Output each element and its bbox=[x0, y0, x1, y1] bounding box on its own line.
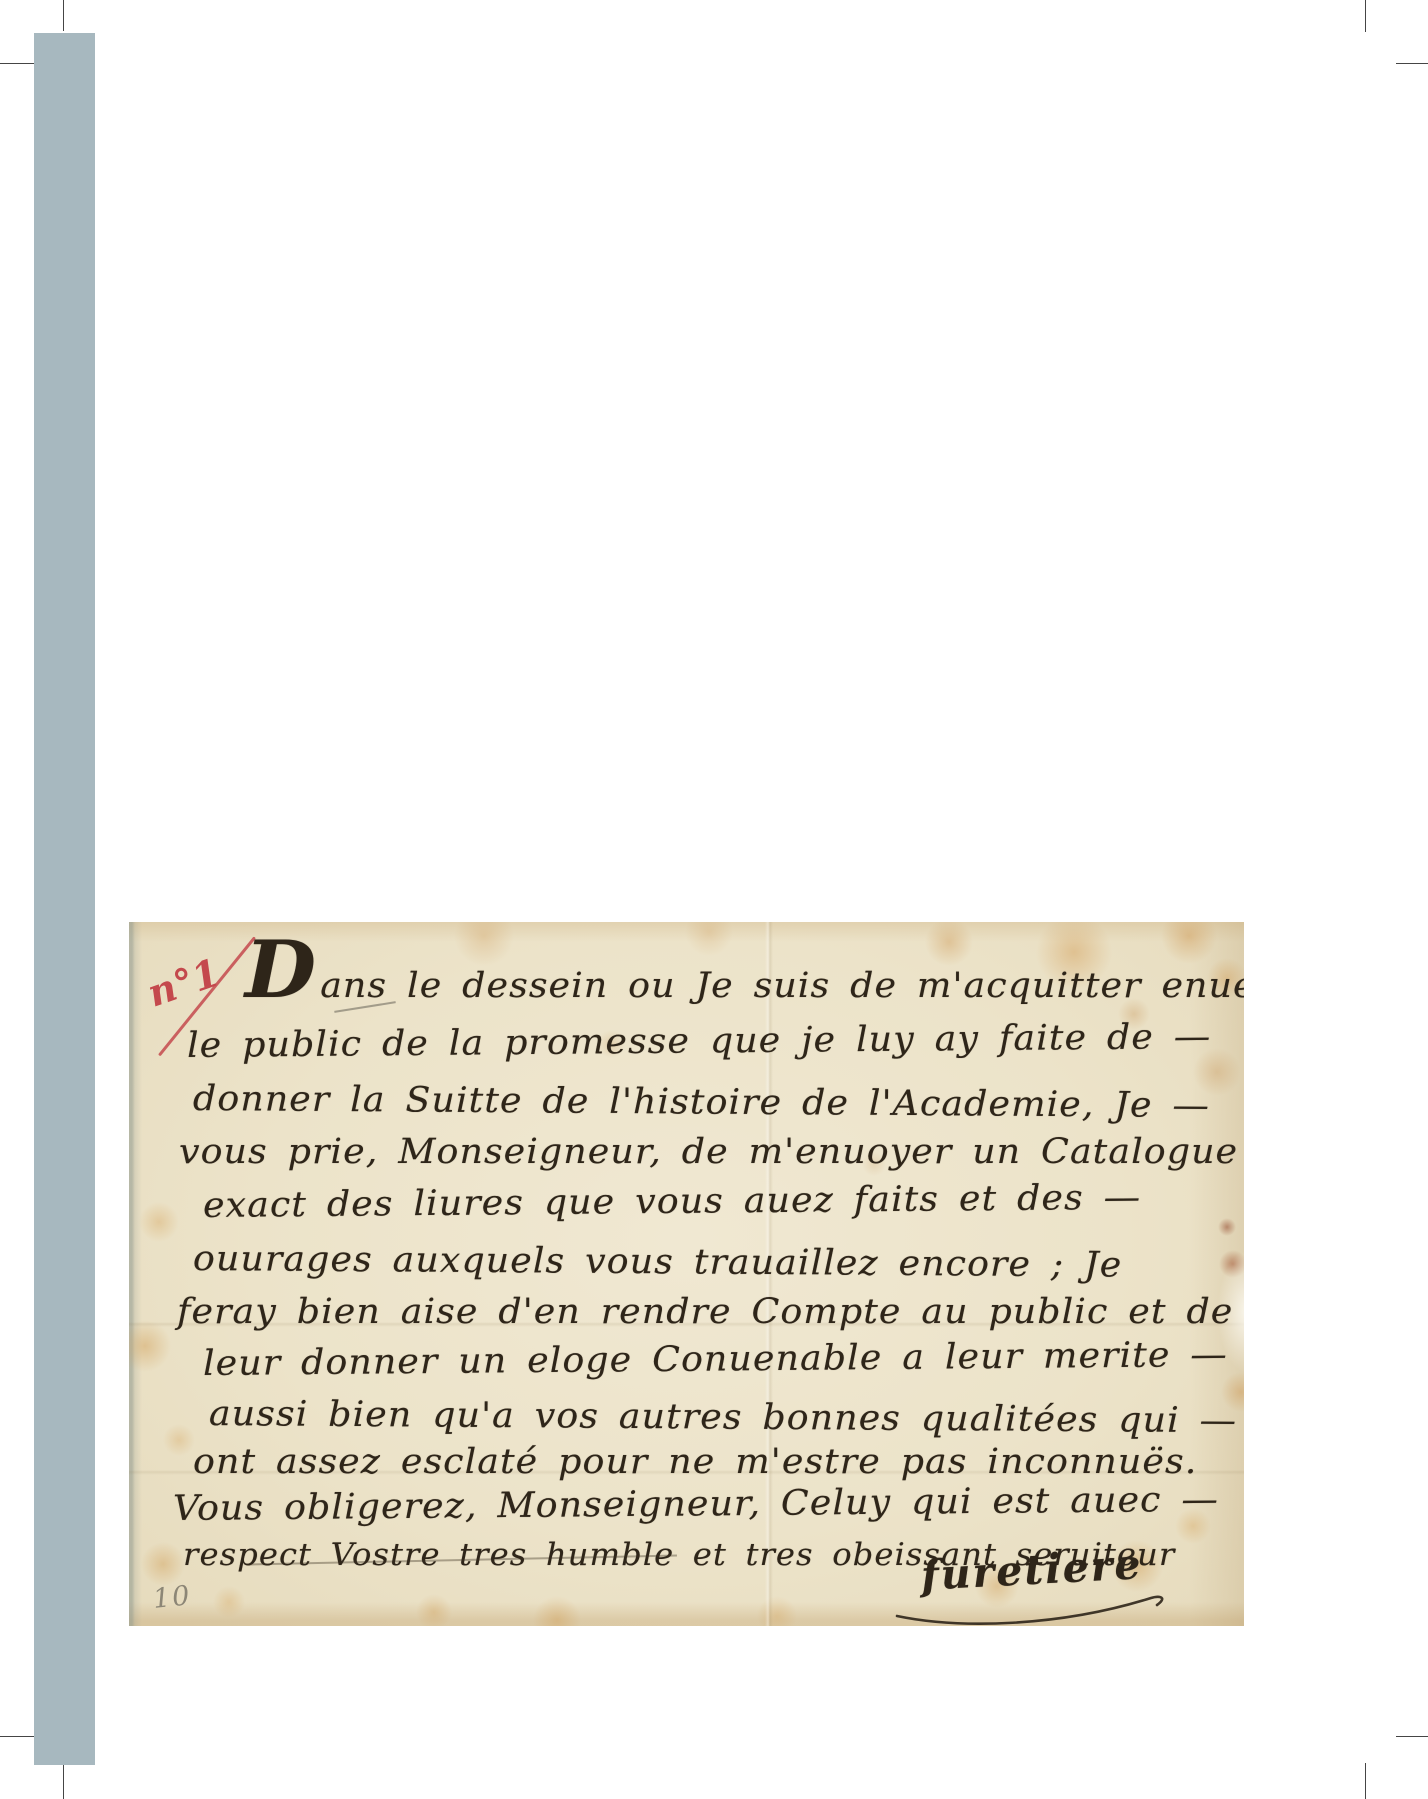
letter-line-3: donner la Suitte de l'histoire de l'Acad… bbox=[193, 1079, 1210, 1126]
letter-line-11: Vous obligerez, Monseigneur, Celuy qui e… bbox=[173, 1480, 1219, 1529]
letter-line-4: vous prie, Monseigneur, de m'enuoyer un … bbox=[179, 1132, 1238, 1172]
letter-line-10: ont assez esclaté pour ne m'estre pas in… bbox=[193, 1442, 1197, 1482]
letter-line-9: aussi bien qu'a vos autres bonnes qualit… bbox=[209, 1394, 1237, 1441]
crop-mark-top-right-vertical bbox=[1365, 0, 1366, 32]
letter-line-1: Dans le dessein ou Je suis de m'acquitte… bbox=[245, 966, 1244, 1006]
letter-line-6: ouurages auxquels vous trauaillez encore… bbox=[193, 1239, 1123, 1285]
book-page: n°1 Dans le dessein ou Je suis de m'acqu… bbox=[0, 0, 1428, 1799]
letter-line-2: le public de la promesse que je luy ay f… bbox=[187, 1017, 1212, 1066]
crop-mark-bottom-left-vertical bbox=[63, 1765, 64, 1799]
letter-line-8: leur donner un eloge Conuenable a leur m… bbox=[203, 1335, 1228, 1384]
crop-mark-left-horizontal bbox=[0, 63, 35, 64]
crop-mark-bottom-left-horizontal bbox=[0, 1736, 35, 1737]
letter-line-5: exact des liures que vous auez faits et … bbox=[203, 1178, 1141, 1226]
crop-mark-bottom-right-horizontal bbox=[1396, 1736, 1428, 1737]
manuscript-letter-scan: n°1 Dans le dessein ou Je suis de m'acqu… bbox=[129, 922, 1244, 1626]
crop-mark-top-left-vertical bbox=[63, 0, 64, 31]
left-accent-bar bbox=[34, 33, 95, 1765]
pencil-page-number: 10 bbox=[151, 1580, 192, 1615]
signature-flourish bbox=[889, 1588, 1189, 1626]
crop-mark-right-horizontal bbox=[1396, 63, 1428, 64]
crop-mark-bottom-right-vertical bbox=[1365, 1763, 1366, 1799]
letter-line-7: feray bien aise d'en rendre Compte au pu… bbox=[177, 1292, 1244, 1332]
archival-number: n°1 bbox=[142, 949, 226, 1015]
